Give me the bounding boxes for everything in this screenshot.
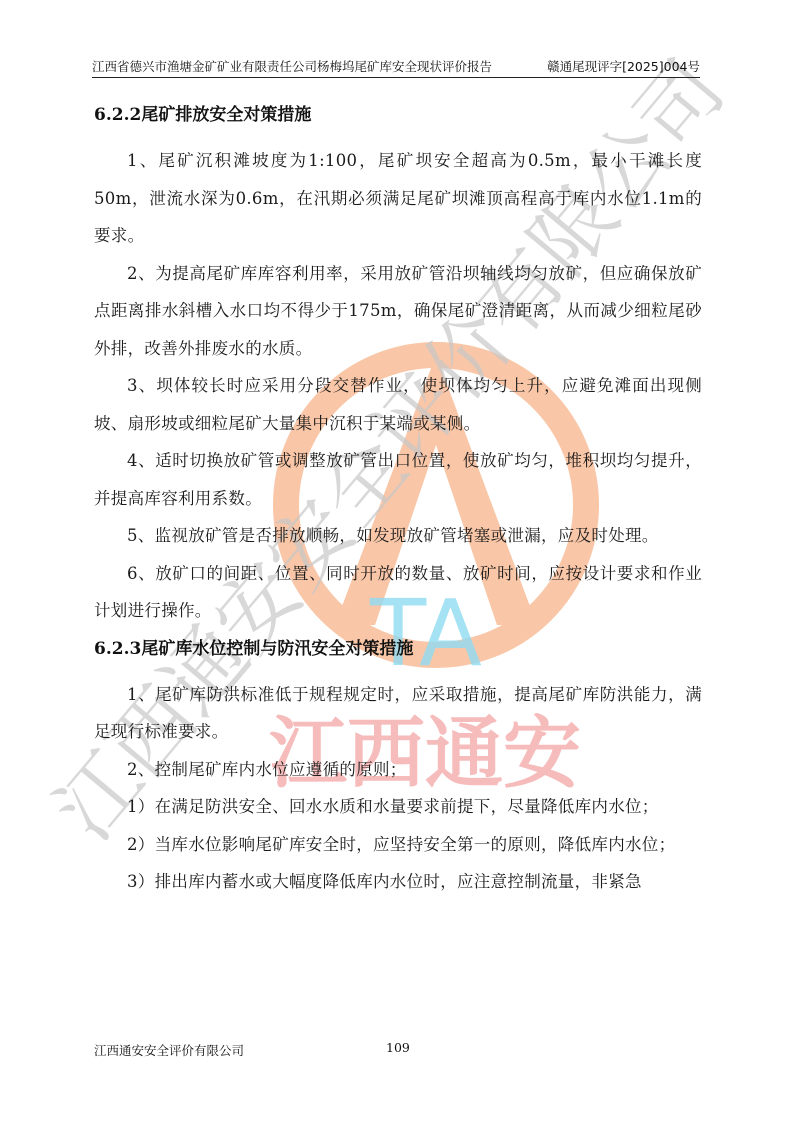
- paragraph: 5、监视放矿管是否排放顺畅，如发现放矿管堵塞或泄漏，应及时处理。: [94, 517, 702, 555]
- document-page: TA 江西通安 江西通安安全评价有限公司 江西省德兴市渔塘金矿矿业有限责任公司杨…: [0, 0, 793, 1122]
- paragraph: 6、放矿口的间距、位置、同时开放的数量、放矿时间，应按设计要求和作业计划进行操作…: [94, 555, 702, 630]
- section-heading: 6.2.2尾矿排放安全对策措施: [94, 96, 702, 134]
- page-number: 109: [386, 1040, 410, 1055]
- paragraph: 2、控制尾矿库内水位应遵循的原则；: [94, 751, 702, 789]
- page-body: 6.2.2尾矿排放安全对策措施 1、尾矿沉积滩坡度为1:100，尾矿坝安全超高为…: [94, 96, 702, 901]
- paragraph: 3）排出库内蓄水或大幅度降低库内水位时，应注意控制流量，非紧急: [94, 863, 702, 901]
- paragraph: 2、为提高尾矿库库容利用率，采用放矿管沿坝轴线均匀放矿，但应确保放矿点距离排水斜…: [94, 255, 702, 368]
- paragraph: 1、尾矿库防洪标准低于规程规定时，应采取措施，提高尾矿库防洪能力，满足现行标准要…: [94, 676, 702, 751]
- paragraph: 4、适时切换放矿管或调整放矿管出口位置，使放矿均匀，堆积坝均匀提升，并提高库容利…: [94, 442, 702, 517]
- report-title: 江西省德兴市渔塘金矿矿业有限责任公司杨梅坞尾矿库安全现状评价报告: [92, 57, 492, 75]
- section-heading: 6.2.3尾矿库水位控制与防汛安全对策措施: [94, 630, 702, 668]
- page-header: 江西省德兴市渔塘金矿矿业有限责任公司杨梅坞尾矿库安全现状评价报告 赣通尾现评字[…: [92, 55, 700, 78]
- paragraph: 1）在满足防洪安全、回水水质和水量要求前提下，尽量降低库内水位；: [94, 788, 702, 826]
- footer-company: 江西通安安全评价有限公司: [94, 1041, 244, 1059]
- paragraph: 1、尾矿沉积滩坡度为1:100，尾矿坝安全超高为0.5m，最小干滩长度50m，泄…: [94, 142, 702, 255]
- document-number: 赣通尾现评字[2025]004号: [547, 57, 700, 75]
- paragraph: 2）当库水位影响尾矿库安全时，应坚持安全第一的原则，降低库内水位；: [94, 826, 702, 864]
- paragraph: 3、坝体较长时应采用分段交替作业，使坝体均匀上升，应避免滩面出现侧坡、扇形坡或细…: [94, 367, 702, 442]
